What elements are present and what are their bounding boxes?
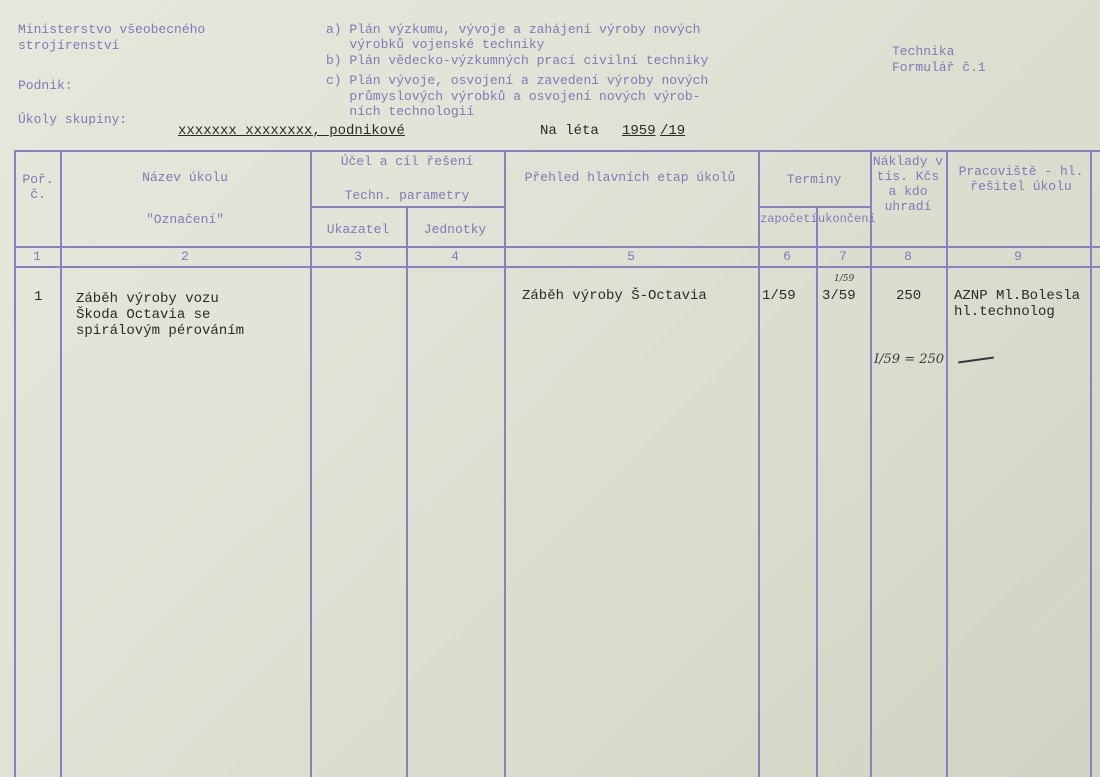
year-to: /19: [660, 124, 685, 139]
row-1-cost-note: I/59 = 250: [874, 352, 944, 367]
col-number-8: 8: [870, 249, 946, 264]
col-header-name: Název úkolu: [60, 170, 310, 185]
col-number-2: 2: [60, 249, 310, 264]
col-border-7: [870, 150, 872, 777]
col-border-0: [14, 150, 16, 777]
col-border-6: [816, 206, 818, 777]
col-border-9: [1090, 150, 1092, 777]
col-number-7: 7: [816, 249, 870, 264]
col-header-purpose: Účel a cíl řešení: [312, 154, 502, 169]
col-header-terms: Terminy: [758, 172, 870, 187]
col-number-3: 3: [310, 249, 406, 264]
group-tasks-label: Úkoly skupiny:: [18, 112, 127, 127]
col-number-6: 6: [758, 249, 816, 264]
year-from: 1959: [622, 124, 656, 139]
years-label: Na léta: [540, 124, 599, 139]
table-top-border: [14, 150, 1100, 152]
col-header-stages: Přehled hlavních etap úkolů: [510, 170, 750, 185]
plan-c-line-1: c) Plán vývoje, osvojení a zavedení výro…: [326, 73, 708, 88]
enterprise-label: Podnik:: [18, 78, 73, 93]
col-number-4: 4: [406, 249, 504, 264]
group-tasks-value: xxxxxxx xxxxxxxx, podnikové: [178, 124, 405, 139]
col-header-purpose-sub: Techn. parametry: [310, 188, 504, 203]
terms-subheader-border: [758, 206, 870, 208]
col-header-no: Poř. č.: [18, 172, 58, 202]
col-border-2: [310, 150, 312, 777]
row-1-name-line-2: Škoda Octavia se: [76, 308, 210, 323]
col-header-start: započetí: [760, 212, 814, 227]
col-border-4: [504, 150, 506, 777]
row-1-name-line-3: spirálovým pérováním: [76, 324, 244, 339]
row-1-name-line-1: Záběh výroby vozu: [76, 292, 219, 307]
row-1-workplace-line-1: AZNP Ml.Bolesla: [954, 289, 1080, 304]
column-numbers-bottom-border: [14, 266, 1100, 268]
plan-a-line-2: výrobků vojenské techniky: [326, 37, 544, 52]
col-header-indicator: Ukazatel: [310, 222, 406, 237]
row-1-end-note: 1/59: [834, 272, 854, 287]
col-number-5: 5: [504, 249, 758, 264]
col-header-cost: Náklady v tis. Kčs a kdo uhradí: [872, 154, 944, 214]
row-1-cost: 250: [896, 289, 921, 304]
ministry-line-1: Ministerstvo všeobecného: [18, 22, 205, 37]
col-number-9: 9: [946, 249, 1090, 264]
col-border-8: [946, 150, 948, 777]
col-header-units: Jednotky: [406, 222, 504, 237]
plan-b: b) Plán vědecko-výzkumných prací civilní…: [326, 53, 708, 68]
header-bottom-border: [14, 246, 1100, 248]
row-1-start: 1/59: [762, 289, 796, 304]
ministry-line-2: strojírenství: [18, 38, 119, 53]
col-border-1: [60, 150, 62, 777]
row-1-no: 1: [34, 290, 42, 305]
row-1-end: 3/59: [822, 289, 856, 304]
col-header-end: ukončení: [818, 212, 870, 227]
row-1-cost-note-stroke: [958, 357, 994, 364]
form-title: Technika: [892, 44, 954, 59]
row-1-workplace-line-2: hl.technolog: [954, 305, 1055, 320]
col-border-3: [406, 206, 408, 777]
col-number-1: 1: [14, 249, 60, 264]
col-header-name-sub: "Označení": [60, 212, 310, 227]
plan-c-line-2: průmyslových výrobků a osvojení nových v…: [326, 89, 700, 104]
row-1-stages: Záběh výroby Š-Octavia: [522, 289, 707, 304]
plan-a-line-1: a) Plán výzkumu, vývoje a zahájení výrob…: [326, 22, 700, 37]
col-header-workplace: Pracoviště - hl. řešitel úkolu: [956, 164, 1086, 194]
plan-c-line-3: ních technologií: [326, 104, 474, 119]
col-border-5: [758, 150, 760, 777]
form-number: Formulář č.1: [892, 60, 986, 75]
